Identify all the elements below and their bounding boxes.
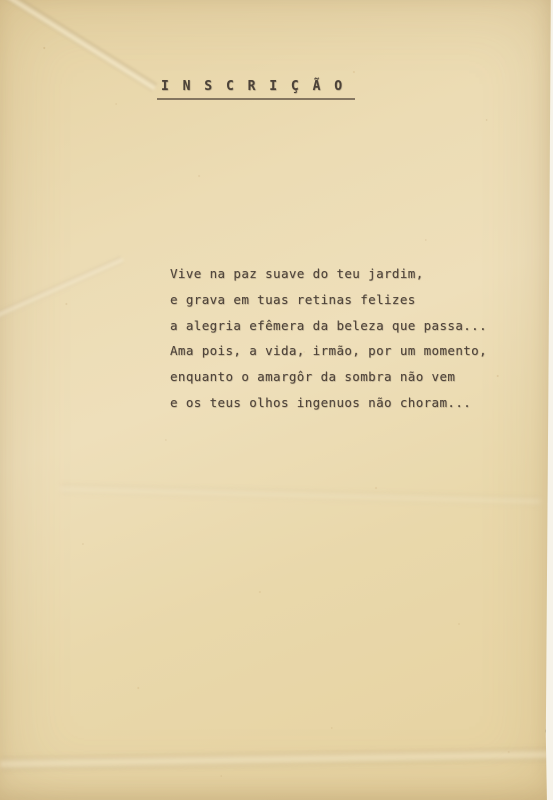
edge-speck: [546, 729, 550, 733]
poem-block: Vive na paz suave do teu jardim, e grava…: [170, 266, 487, 421]
paper-sheet: I N S C R I Ç Ã O Vive na paz suave do t…: [0, 0, 553, 800]
paper-crease-bottom: [0, 747, 553, 771]
poem-line: enquanto o amargôr da sombra não vem: [170, 369, 487, 395]
document-title: I N S C R I Ç Ã O: [157, 79, 355, 100]
poem-line: Ama pois, a vida, irmão, por um momento,: [170, 343, 487, 369]
poem-line: e os teus olhos ingenuos não choram...: [170, 395, 487, 421]
poem-line: Vive na paz suave do teu jardim,: [170, 266, 487, 292]
paper-crease-middle: [60, 484, 540, 507]
poem-line: a alegria efêmera da beleza que passa...: [170, 318, 487, 344]
poem-line: e grava em tuas retinas felizes: [170, 292, 487, 318]
paper-crease-top-left: [0, 0, 157, 92]
paper-crease-left: [0, 256, 124, 332]
